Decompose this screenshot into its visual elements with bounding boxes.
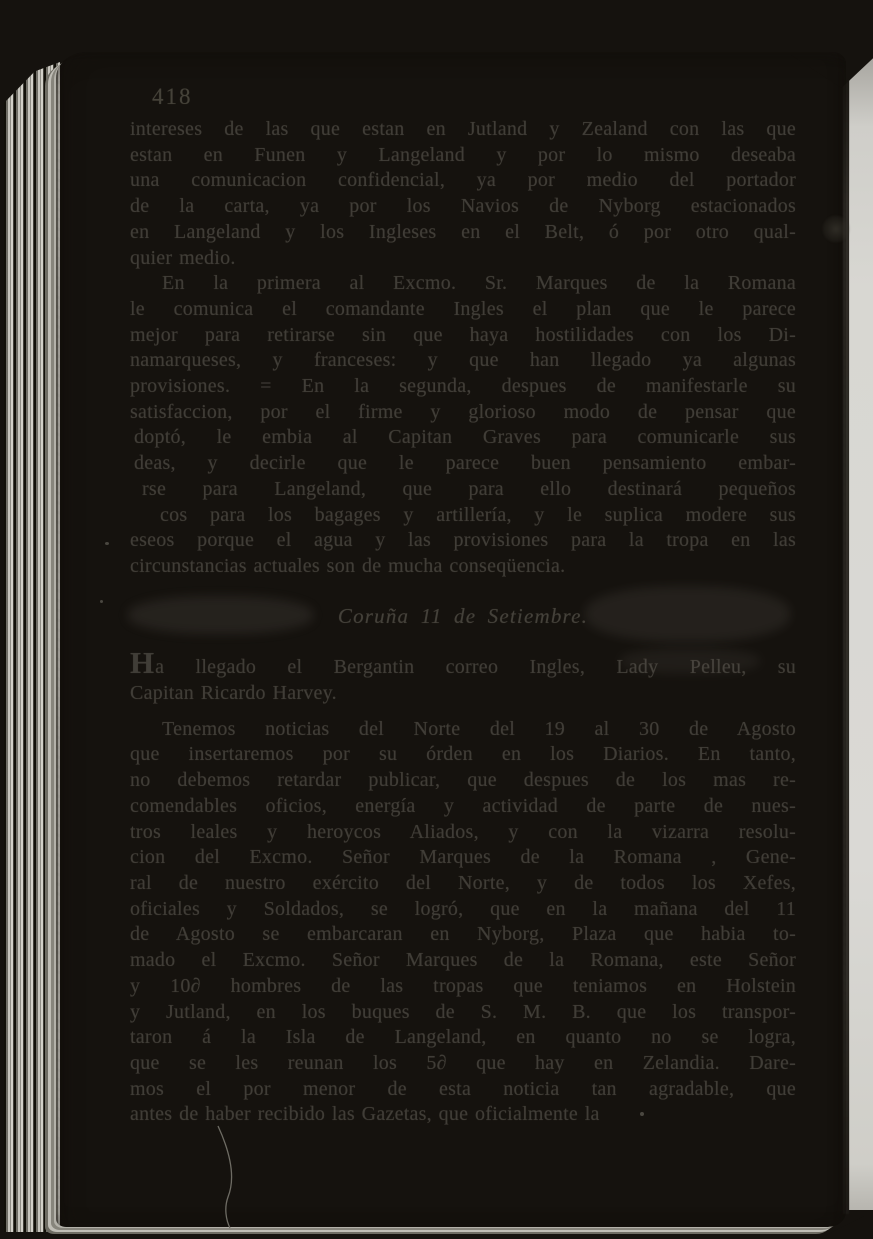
text-line: Capitan Ricardo Harvey. xyxy=(130,681,796,707)
text-line: taron á la Isla de Langeland, en quanto … xyxy=(130,1025,796,1051)
text-line: mejor para retirarse sin que haya hostil… xyxy=(130,323,796,349)
ink-showthrough xyxy=(620,648,760,674)
page-number: 418 xyxy=(152,84,193,110)
paragraph-4: Tenemos noticias del Norte del 19 al 30 … xyxy=(130,717,796,1128)
text-line: comendables oficios, energía y actividad… xyxy=(130,794,796,820)
text-line: provisiones. = En la segunda, despues de… xyxy=(130,374,796,400)
ink-speck xyxy=(105,542,109,545)
book-scan: 418 intereses de las que estan en Jutlan… xyxy=(0,0,873,1239)
text-line: de la carta, ya por los Navios de Nyborg… xyxy=(130,194,796,220)
text-line: eseos porque el agua y las provisiones p… xyxy=(130,528,796,554)
paragraph-2: En la primera al Excmo. Sr. Marques de l… xyxy=(130,271,796,579)
text-line: tros leales y heroycos Aliados, y con la… xyxy=(130,820,796,846)
text-line: y Jutland, en los buques de S. M. B. que… xyxy=(130,1000,796,1026)
text-line: cion del Excmo. Señor Marques de la Roma… xyxy=(130,845,796,871)
facing-page-edge xyxy=(849,58,873,1210)
ink-showthrough xyxy=(128,596,313,634)
text-line: cos para los bagages y artillería, y le … xyxy=(130,503,796,529)
text-line: en Langeland y los Ingleses en el Belt, … xyxy=(130,220,796,246)
paragraph-1: intereses de las que estan en Jutland y … xyxy=(130,117,796,271)
text-line: no debemos retardar publicar, que despue… xyxy=(130,768,796,794)
text-line: En la primera al Excmo. Sr. Marques de l… xyxy=(130,271,796,297)
ink-speck xyxy=(100,600,103,603)
text-line: mos el por menor de esta noticia tan agr… xyxy=(130,1077,796,1103)
ink-speck xyxy=(640,1112,644,1116)
text-line: que insertaremos por su órden en los Dia… xyxy=(130,742,796,768)
text-line: namarqueses, y franceses: y que han lleg… xyxy=(130,348,796,374)
text-line: una comunicacion confidencial, ya por me… xyxy=(130,168,796,194)
text-line: antes de haber recibido las Gazetas, que… xyxy=(130,1102,796,1128)
text-line: de Agosto se embarcaran en Nyborg, Plaza… xyxy=(130,922,796,948)
ink-showthrough xyxy=(585,586,790,642)
text-line: y 10∂ hombres de las tropas que teniamos… xyxy=(130,974,796,1000)
ornamental-initial: H xyxy=(130,645,155,680)
text-line: Tenemos noticias del Norte del 19 al 30 … xyxy=(130,717,796,743)
text-line: ral de nuestro exército del Norte, y de … xyxy=(130,871,796,897)
text-line: intereses de las que estan en Jutland y … xyxy=(130,117,796,143)
text-line: satisfaccion, por el firme y glorioso mo… xyxy=(130,400,796,426)
text-line: que se les reunan los 5∂ que hay en Zela… xyxy=(130,1051,796,1077)
paragraph-gap xyxy=(130,707,796,717)
text-line: deas, y decirle que le parece buen pensa… xyxy=(130,451,796,477)
text-line: oficiales y Soldados, se logró, que en l… xyxy=(130,897,796,923)
text-line: rse para Langeland, que para ello destin… xyxy=(130,477,796,503)
page-edges-stack xyxy=(4,62,60,1232)
text-line: le comunica el comandante Ingles el plan… xyxy=(130,297,796,323)
text-line: mado el Excmo. Señor Marques de la Roman… xyxy=(130,948,796,974)
ink-smudge xyxy=(822,215,850,243)
text-line: estan en Funen y Langeland y por lo mism… xyxy=(130,143,796,169)
text-line: doptó, le embia al Capitan Graves para c… xyxy=(130,425,796,451)
text-line: circunstancias actuales son de mucha con… xyxy=(130,554,796,580)
text-line: quier medio. xyxy=(130,246,796,272)
